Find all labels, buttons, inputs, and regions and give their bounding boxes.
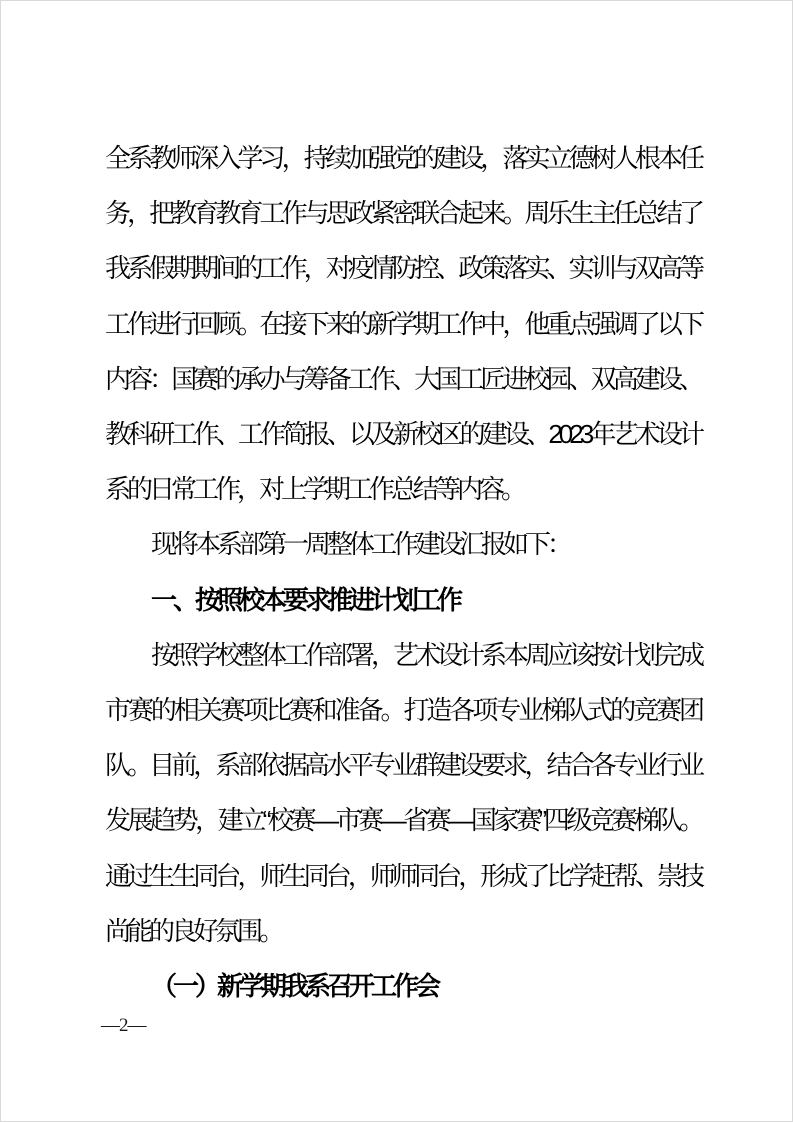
document-page: 全系教师深入学习，持续加强党的建设，落实立德树人根本任务，把教育教育工作与思政紧… [0,0,793,1122]
paragraph-report-intro: 现将本系部第一周整体工作建设汇报如下： [105,517,701,572]
paragraph-section-1-body: 按照学校整体工作部署，艺术设计系本周应该按计划完成市赛的相关赛项比赛和准备。打造… [105,628,701,959]
section-heading-1: 一、按照校本要求推进计划工作 [105,573,701,628]
paragraph-continuation: 全系教师深入学习，持续加强党的建设，落实立德树人根本任务，把教育教育工作与思政紧… [105,131,701,517]
document-body: 全系教师深入学习，持续加强党的建设，落实立德树人根本任务，把教育教育工作与思政紧… [105,131,701,1014]
page-number: —2— [101,1012,146,1040]
subsection-heading-1-1: （一）新学期我系召开工作会 [105,959,701,1014]
